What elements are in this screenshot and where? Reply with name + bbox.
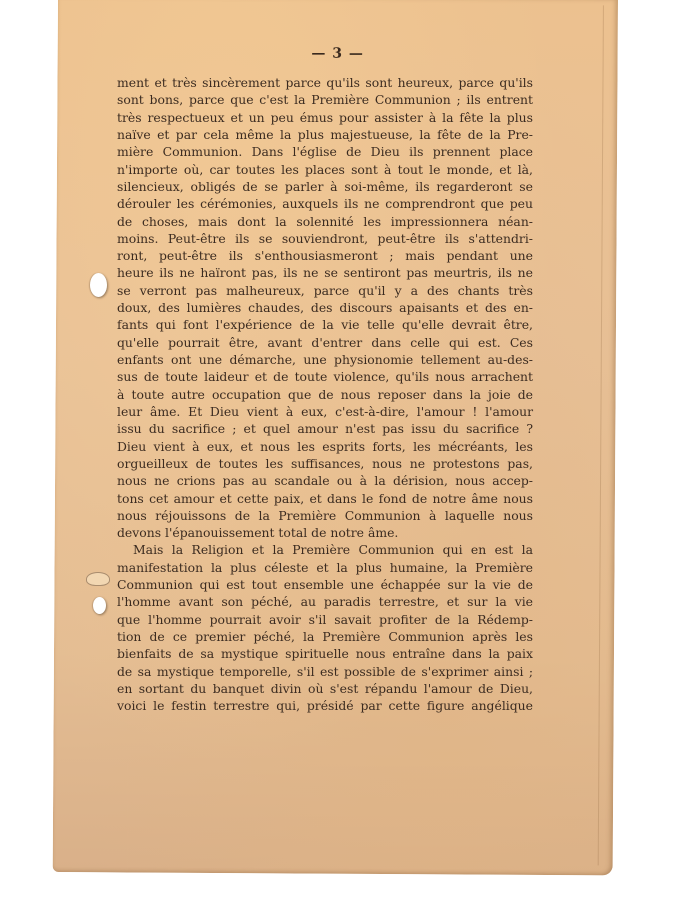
text-line: voici le festin terrestre qui, présidé p… (117, 697, 533, 714)
text-line: issu du sacrifice ; et quel amour n'est … (117, 420, 533, 437)
text-line: nous réjouissons de la Première Communio… (117, 507, 533, 524)
text-line: en sortant du banquet divin où s'est rép… (117, 680, 533, 697)
text-line: Communion qui est tout ensemble une écha… (117, 576, 533, 593)
text-line: sus de toute laideur et de toute violenc… (117, 368, 533, 385)
text-line: à toute autre occupation que de nous rep… (117, 386, 533, 403)
text-line: Mais la Religion et la Première Communio… (117, 541, 533, 558)
text-line: que l'homme pourrait avoir s'il savait p… (117, 611, 533, 628)
text-line: manifestation la plus céleste et la plus… (117, 559, 533, 576)
text-line: de choses, mais dont la solennité les im… (117, 213, 533, 230)
text-line: naïve et par cela même la plus majestueu… (117, 126, 533, 143)
punch-hole (93, 597, 106, 614)
punch-hole (90, 273, 107, 297)
text-line: très respectueux et un peu émus pour ass… (117, 109, 533, 126)
text-line: devons l'épanouissement total de notre â… (117, 524, 533, 541)
text-line: l'homme avant son péché, au paradis terr… (117, 593, 533, 610)
text-line: tons cet amour et cette paix, et dans le… (117, 490, 533, 507)
text-line: moins. Peut-être ils se souviendront, pe… (117, 230, 533, 247)
page-number: — 3 — (58, 44, 618, 63)
text-line: ront, peut-être ils s'enthousiasmeront ;… (117, 247, 533, 264)
paper-tear (86, 572, 110, 586)
text-line: dérouler les cérémonies, auxquels ils ne… (117, 195, 533, 212)
text-line: orgueilleux de toutes les suffisances, n… (117, 455, 533, 472)
text-line: leur âme. Et Dieu vient à eux, c'est-à-d… (117, 403, 533, 420)
text-line: de sa mystique temporelle, s'il est poss… (117, 663, 533, 680)
text-line: sont bons, parce que c'est la Première C… (117, 91, 533, 108)
text-line: fants qui font l'expérience de la vie te… (117, 316, 533, 333)
text-line: silencieux, obligés de se parler à soi-m… (117, 178, 533, 195)
text-line: n'importe où, car toutes les places sont… (117, 161, 533, 178)
text-line: qu'elle pourrait être, avant d'entrer da… (117, 334, 533, 351)
text-line: mière Communion. Dans l'église de Dieu i… (117, 143, 533, 160)
body-text: ment et très sincèrement parce qu'ils so… (117, 74, 533, 715)
text-line: se verront pas malheureux, parce qu'il y… (117, 282, 533, 299)
text-line: heure ils ne haïront pas, ils ne se sent… (117, 264, 533, 281)
text-line: enfants ont une démarche, une physionomi… (117, 351, 533, 368)
text-line: nous ne crions pas au scandale ou à la d… (117, 472, 533, 489)
text-line: Dieu vient à eux, et nous les esprits fo… (117, 438, 533, 455)
text-line: tion de ce premier péché, la Première Co… (117, 628, 533, 645)
text-line: bienfaits de sa mystique spirituelle nou… (117, 645, 533, 662)
text-line: ment et très sincèrement parce qu'ils so… (117, 74, 533, 91)
text-line: doux, des lumières chaudes, des discours… (117, 299, 533, 316)
